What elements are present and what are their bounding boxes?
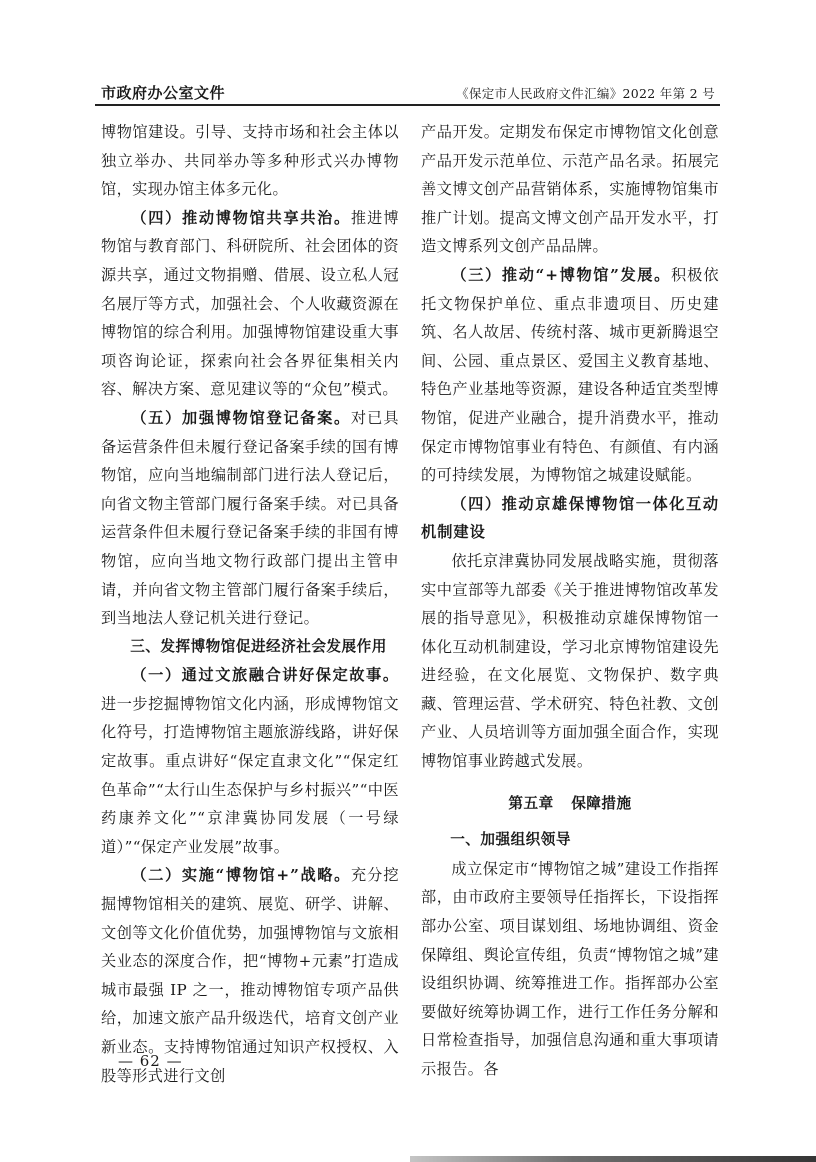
section-heading: 三、发挥博物馆促进经济社会发展作用 — [101, 633, 399, 662]
right-column: 产品开发。定期发布保定市博物馆文化创意产品开发示范单位、示范产品名录。拓展完善文… — [421, 118, 719, 1084]
header-publication-info: 《保定市人民政府文件汇编》2022 年第 2 号 — [456, 84, 715, 102]
chapter-number: 第五章 — [508, 795, 553, 812]
paragraph-culture-tourism: （一）通过文旅融合讲好保定故事。进一步挖掘博物馆文化内涵，形成博物馆文化符号，打… — [101, 661, 399, 861]
paragraph-integration: 依托京津冀协同发展战略实施，贯彻落实中宣部等九部委《关于推进博物馆改革发展的指导… — [421, 547, 719, 776]
subheading: （四）推动博物馆共享共治。 — [131, 209, 350, 227]
left-column: 博物馆建设。引导、支持市场和社会主体以独立举办、共同举办等多种形式兴办博物馆，实… — [101, 118, 399, 1090]
subheading-integration: （四）推动京雄保博物馆一体化互动机制建设 — [421, 490, 719, 547]
paragraph: 博物馆建设。引导、支持市场和社会主体以独立举办、共同举办等多种形式兴办博物馆，实… — [101, 118, 399, 204]
paragraph-leadership: 成立保定市“博物馆之城”建设工作指挥部，由市政府主要领导任指挥长，下设指挥部办公… — [421, 855, 719, 1084]
paragraph-body: 进一步挖掘博物馆文化内涵，形成博物馆文化符号，打造博物馆主题旅游线路，讲好保定故… — [101, 695, 399, 856]
header-office-title: 市政府办公室文件 — [101, 82, 225, 103]
header-divider — [95, 104, 720, 106]
paragraph-registration: （五）加强博物馆登记备案。对已具备运营条件但未履行登记备案手续的国有博物馆，应向… — [101, 404, 399, 633]
paragraph-plus-museum: （三）推动“+博物馆”发展。积极依托文物保护单位、重点非遗项目、历史建筑、名人故… — [421, 261, 719, 490]
chapter-heading: 第五章保障措施 — [421, 790, 719, 819]
subheading: （一）通过文旅融合讲好保定故事。 — [131, 666, 399, 684]
page-number: — 62 — — [118, 1052, 183, 1070]
paragraph-body: 对已具备运营条件但未履行登记备案手续的国有博物馆，应向当地编制部门进行法人登记后… — [101, 409, 399, 627]
paragraph-body: 积极依托文物保护单位、重点非遗项目、历史建筑、名人故居、传统村落、城市更新腾退空… — [421, 266, 719, 484]
paragraph-body: 推进博物馆与教育部门、科研院所、社会团体的资源共享，通过文物捐赠、借展、设立私人… — [101, 209, 399, 399]
scan-edge-shadow — [410, 1156, 816, 1162]
subheading: （三）推动“+博物馆”发展。 — [451, 266, 671, 284]
paragraph: 产品开发。定期发布保定市博物馆文化创意产品开发示范单位、示范产品名录。拓展完善文… — [421, 118, 719, 261]
subheading: （五）加强博物馆登记备案。 — [131, 409, 350, 427]
paragraph-museum-sharing: （四）推动博物馆共享共治。推进博物馆与教育部门、科研院所、社会团体的资源共享，通… — [101, 204, 399, 404]
subheading: （二）实施“博物馆+”战略。 — [131, 866, 351, 884]
running-header: 市政府办公室文件 《保定市人民政府文件汇编》2022 年第 2 号 — [97, 82, 719, 104]
chapter-title: 保障措施 — [571, 795, 631, 812]
section-heading: 一、加强组织领导 — [421, 826, 719, 855]
